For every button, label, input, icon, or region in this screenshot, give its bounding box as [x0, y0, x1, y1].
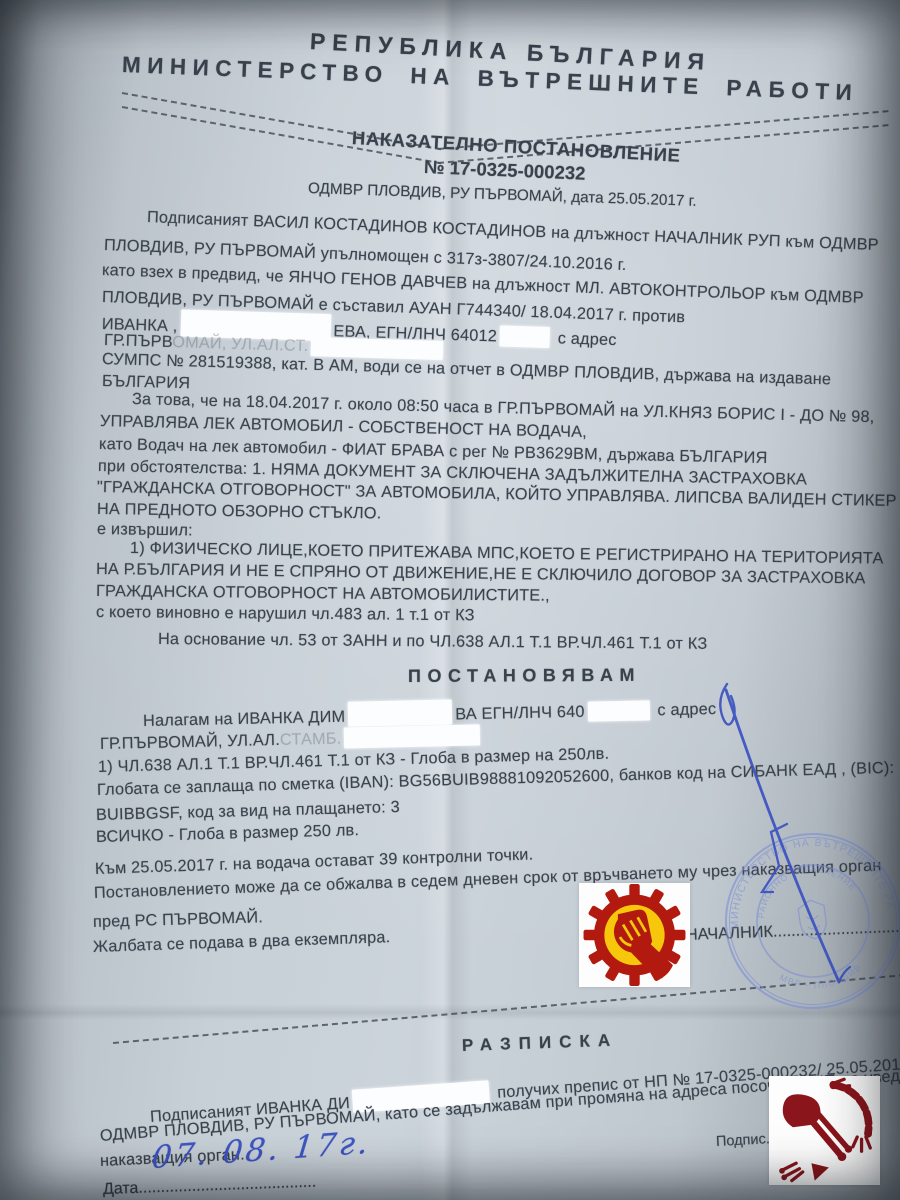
- stamp-bottom-text: МВР - ПЛОВДИВ: [777, 961, 866, 996]
- doc-line-g3: пред РС ПЪРВОМАЙ.: [93, 908, 263, 932]
- doc-text: На основание чл. 53 от ЗАНН и по ЧЛ.638 …: [158, 630, 708, 653]
- doc-text: ГРАЖДАНСКА ОТГОВОРНОСТ НА АВТОМОБИЛИСТИТ…: [96, 582, 550, 605]
- doc-issuer-line: ОДМВР ПЛОВДИВ, РУ ПЪРВОМАЙ, дата 25.05.2…: [308, 180, 697, 211]
- date-label: Дата: [103, 1180, 139, 1198]
- doc-text: ВА ЕГН/ЛНЧ 640: [455, 703, 585, 724]
- decree-heading: ПОСТАНОВЯВАМ: [408, 665, 641, 687]
- redaction-box: [500, 326, 551, 349]
- redaction-box: [587, 700, 649, 721]
- doc-text: ГР.ПЪРВОМАЙ, УЛ.АЛ.: [100, 731, 280, 753]
- doc-text: СТАМБ.: [280, 730, 342, 749]
- bone-hammer-logo: [769, 1076, 880, 1185]
- doc-text: НА ПРЕДНОТО ОБЗОРНО СТЪКЛО.: [97, 500, 382, 522]
- gear-fist-logo: [579, 883, 690, 987]
- doc-text: Жалбата се подава в два екземпляра.: [93, 928, 391, 956]
- doc-line-f6: ВСИЧКО - Глоба в размер 250 лв.: [96, 821, 360, 847]
- doc-text: БЪЛГАРИЯ: [102, 372, 191, 392]
- doc-line-b7: СУМПС № 281519388, кат. В АМ, води се на…: [102, 350, 832, 389]
- photographed-penal-decree-document: РЕПУБЛИКА БЪЛГАРИЯ МИНИСТЕРСТВО НА ВЪТРЕ…: [0, 0, 900, 1200]
- date-dotted-line: ........................................: [138, 1174, 316, 1197]
- doc-line-d3: ГРАЖДАНСКА ОТГОВОРНОСТ НА АВТОМОБИЛИСТИТ…: [96, 582, 550, 606]
- doc-line-c7: е извършил:: [97, 520, 193, 541]
- doc-text: е извършил:: [97, 520, 193, 540]
- doc-text: с адрес: [553, 329, 617, 349]
- doc-text: пред РС ПЪРВОМАЙ.: [93, 908, 263, 931]
- date-line: Дата....................................…: [103, 1174, 317, 1199]
- svg-text:МВР - ПЛОВДИВ: МВР - ПЛОВДИВ: [777, 961, 866, 996]
- doc-text: СУМПС № 281519388, кат. В АМ, води се на…: [102, 350, 832, 388]
- doc-line-e1: На основание чл. 53 от ЗАНН и по ЧЛ.638 …: [158, 630, 708, 654]
- doc-text: BUIBBGSF, код за вид на плащането: 3: [96, 798, 400, 824]
- doc-text: ВСИЧКО - Глоба в размер 250 лв.: [96, 821, 360, 846]
- redaction-box: [348, 700, 453, 727]
- doc-line-g4: Жалбата се подава в два екземпляра.: [93, 928, 391, 957]
- doc-text: ГР.ПЪРВ: [104, 331, 173, 351]
- round-ink-stamp: МИНИСТЕРСТВО НА ВЪТРЕШНИТЕ РАБОТИ МВР - …: [718, 824, 900, 1019]
- receipt-heading: РАЗПИСКА: [462, 1031, 619, 1056]
- doc-text: с адрес: [653, 700, 717, 719]
- redaction-box: [344, 724, 480, 748]
- doc-text: Налагам на ИВАНКА ДИМ: [143, 708, 346, 730]
- doc-text: с което виновно е нарушил чл.483 ал. 1 т…: [96, 603, 475, 624]
- doc-line-d4: с което виновно е нарушил чл.483 ал. 1 т…: [96, 603, 475, 625]
